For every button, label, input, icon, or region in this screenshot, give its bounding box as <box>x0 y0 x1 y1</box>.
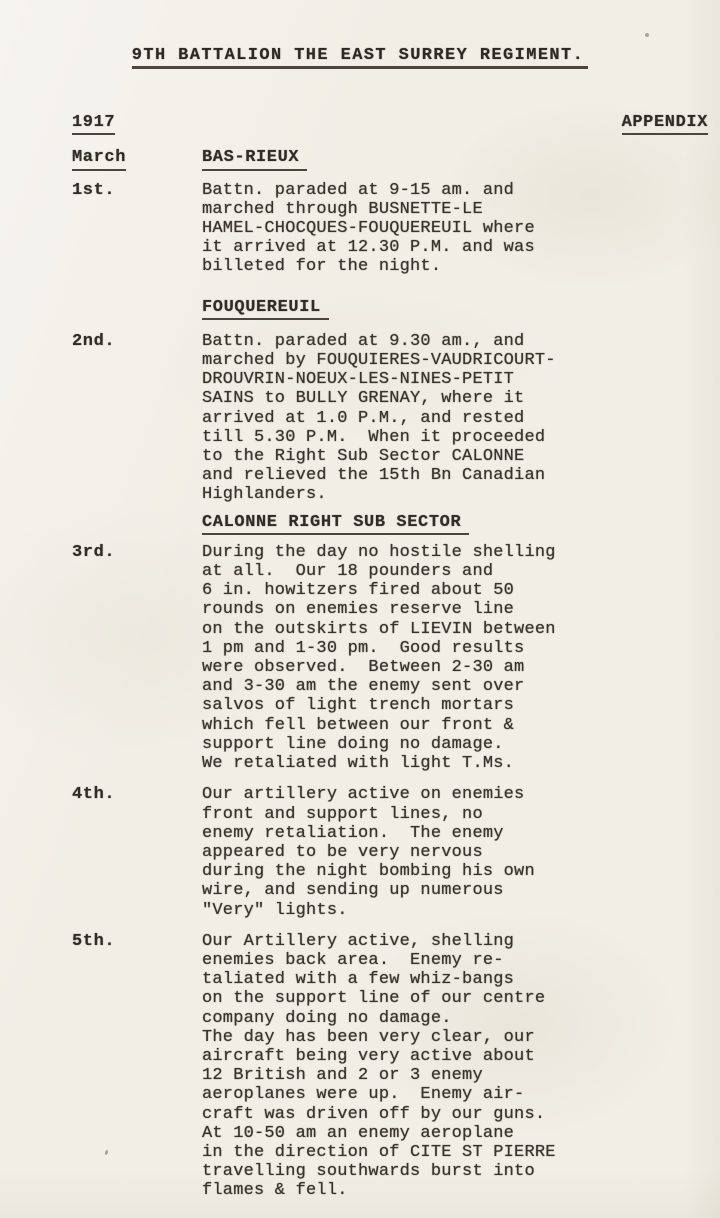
entry-text-line: during the night bombing his own <box>202 862 708 881</box>
entry-body: FOUQUEREUIL <box>202 298 708 320</box>
entry-text-line: aircraft being very active about <box>202 1047 708 1066</box>
entry-text-line: craft was driven off by our guns. <box>202 1105 708 1124</box>
entry-text-line: arrived at 1.0 P.M., and rested <box>202 409 708 428</box>
entry-text-line: Battn. paraded at 9-15 am. and <box>202 181 708 200</box>
year-label: 1917 <box>72 113 115 135</box>
entry-text-line: At 10-50 am an enemy aeroplane <box>202 1124 708 1143</box>
diary-row: 4th.Our artillery active on enemiesfront… <box>72 785 708 919</box>
entry-text-line: 6 in. howitzers fired about 50 <box>202 581 708 600</box>
paper-speck <box>645 33 649 37</box>
diary-row: 5th.Our Artillery active, shellingenemie… <box>72 932 708 1201</box>
entry-body: Our Artillery active, shellingenemies ba… <box>202 932 708 1201</box>
entry-text-line: Our Artillery active, shelling <box>202 932 708 951</box>
entry-text-line: which fell between our front & <box>202 716 708 735</box>
entry-text-line: billeted for the night. <box>202 257 708 276</box>
entry-text-line: support line doing no damage. <box>202 735 708 754</box>
entry-body: Battn. paraded at 9.30 am., andmarched b… <box>202 332 708 505</box>
entry-text-line: SAINS to BULLY GRENAY, where it <box>202 389 708 408</box>
diary-row: 3rd.During the day no hostile shellingat… <box>72 543 708 773</box>
entry-date-label: 2nd. <box>72 332 115 351</box>
entry-text-line: marched through BUSNETTE-LE <box>202 200 708 219</box>
entry-text-line: During the day no hostile shelling <box>202 543 708 562</box>
entry-text-line: salvos of light trench mortars <box>202 696 708 715</box>
entry-text-line: enemy retaliation. The enemy <box>202 824 708 843</box>
page-title-row: 9TH BATTALION THE EAST SURREY REGIMENT. <box>72 46 648 69</box>
entry-body: CALONNE RIGHT SUB SECTOR <box>202 513 708 535</box>
meta-row: 1917 APPENDIX <box>72 113 708 135</box>
entry-date-cell: 5th. <box>72 932 202 1201</box>
entry-text-line: in the direction of CITE ST PIERRE <box>202 1143 708 1162</box>
entry-text-line: enemies back area. Enemy re- <box>202 951 708 970</box>
entry-text-line: Our artillery active on enemies <box>202 785 708 804</box>
entry-body: BAS-RIEUX <box>202 148 708 170</box>
entry-date-cell: 2nd. <box>72 332 202 505</box>
entry-text-line: front and support lines, no <box>202 805 708 824</box>
entry-date-cell <box>72 298 202 320</box>
section-heading: BAS-RIEUX <box>202 148 307 170</box>
entry-text-line: were observed. Between 2-30 am <box>202 658 708 677</box>
page-title: 9TH BATTALION THE EAST SURREY REGIMENT. <box>132 46 588 69</box>
entry-text-line: marched by FOUQUIERES-VAUDRICOURT- <box>202 351 708 370</box>
diary-entries: MarchBAS-RIEUX1st.Battn. paraded at 9-15… <box>72 148 708 1200</box>
entry-date-label: 5th. <box>72 932 115 951</box>
diary-row: 2nd.Battn. paraded at 9.30 am., andmarch… <box>72 332 708 505</box>
entry-body: Battn. paraded at 9-15 am. andmarched th… <box>202 181 708 277</box>
section-heading: FOUQUEREUIL <box>202 298 329 320</box>
entry-body: During the day no hostile shellingat all… <box>202 543 708 773</box>
war-diary-page: 9TH BATTALION THE EAST SURREY REGIMENT. … <box>0 0 720 1218</box>
entry-text-line: flames & fell. <box>202 1181 708 1200</box>
entry-date-label: 4th. <box>72 785 115 804</box>
entry-text-line: on the support line of our centre <box>202 989 708 1008</box>
entry-text-line: taliated with a few whiz-bangs <box>202 970 708 989</box>
entry-date-cell: 3rd. <box>72 543 202 773</box>
entry-text-line: "Very" lights. <box>202 901 708 920</box>
diary-row: CALONNE RIGHT SUB SECTOR <box>72 513 708 535</box>
entry-text-line: travelling southwards burst into <box>202 1162 708 1181</box>
entry-text-line: to the Right Sub Sector CALONNE <box>202 447 708 466</box>
entry-date-cell: 4th. <box>72 785 202 919</box>
entry-date-cell <box>72 513 202 535</box>
section-heading: CALONNE RIGHT SUB SECTOR <box>202 513 469 535</box>
entry-text-line: company doing no damage. <box>202 1009 708 1028</box>
entry-text-line: rounds on enemies reserve line <box>202 600 708 619</box>
entry-date-cell: March <box>72 148 202 170</box>
diary-row: MarchBAS-RIEUX <box>72 148 708 170</box>
entry-text-line: at all. Our 18 pounders and <box>202 562 708 581</box>
entry-date-cell: 1st. <box>72 181 202 277</box>
entry-date-label: 3rd. <box>72 543 115 562</box>
entry-text-line: it arrived at 12.30 P.M. and was <box>202 238 708 257</box>
entry-text-line: Battn. paraded at 9.30 am., and <box>202 332 708 351</box>
entry-text-line: aeroplanes were up. Enemy air- <box>202 1085 708 1104</box>
entry-text-line: 12 British and 2 or 3 enemy <box>202 1066 708 1085</box>
entry-text-line: wire, and sending up numerous <box>202 881 708 900</box>
diary-row: 1st.Battn. paraded at 9-15 am. andmarche… <box>72 181 708 277</box>
entry-body: Our artillery active on enemiesfront and… <box>202 785 708 919</box>
entry-text-line: The day has been very clear, our <box>202 1028 708 1047</box>
entry-text-line: appeared to be very nervous <box>202 843 708 862</box>
diary-row: FOUQUEREUIL <box>72 298 708 320</box>
entry-text-line: HAMEL-CHOCQUES-FOUQUEREUIL where <box>202 219 708 238</box>
entry-text-line: 1 pm and 1-30 pm. Good results <box>202 639 708 658</box>
appendix-label: APPENDIX <box>622 113 708 135</box>
entry-text-line: till 5.30 P.M. When it proceeded <box>202 428 708 447</box>
entry-text-line: and 3-30 am the enemy sent over <box>202 677 708 696</box>
entry-text-line: We retaliated with light T.Ms. <box>202 754 708 773</box>
entry-date-label: 1st. <box>72 181 115 200</box>
entry-date-label: March <box>72 148 126 170</box>
entry-text-line: on the outskirts of LIEVIN between <box>202 620 708 639</box>
entry-text-line: DROUVRIN-NOEUX-LES-NINES-PETIT <box>202 370 708 389</box>
entry-text-line: Highlanders. <box>202 485 708 504</box>
entry-text-line: and relieved the 15th Bn Canadian <box>202 466 708 485</box>
